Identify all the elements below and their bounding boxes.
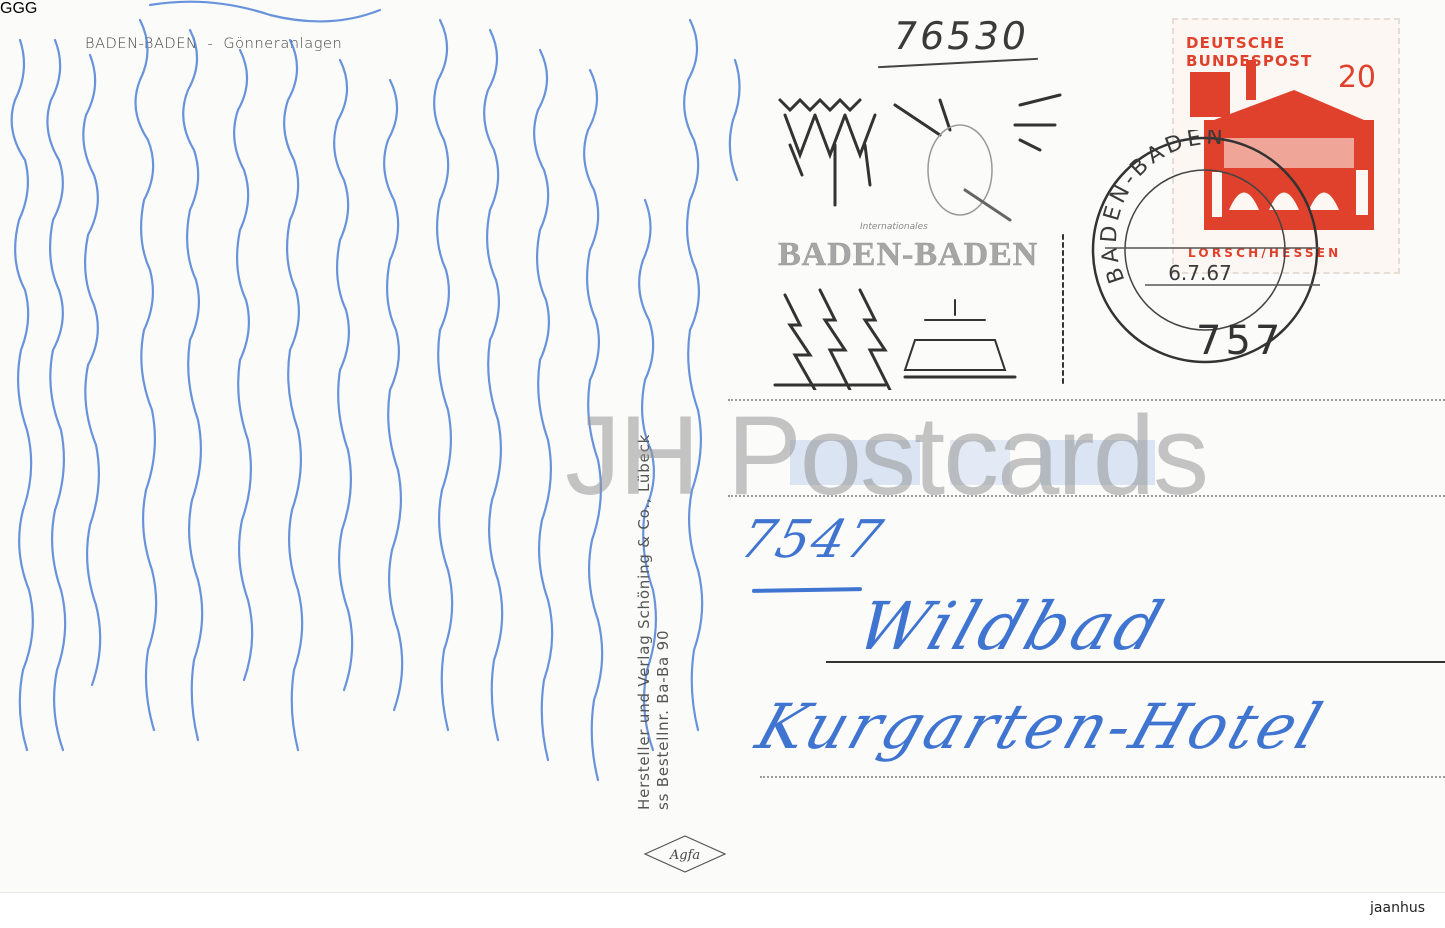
watermark: JH Postcards bbox=[565, 400, 1207, 512]
pencil-inventory-number: 76530 bbox=[889, 14, 1033, 58]
caption-subject: Gönneranlagen bbox=[223, 36, 342, 52]
svg-text:Agfa: Agfa bbox=[669, 848, 700, 863]
cancel-slogan: BADEN-BADEN bbox=[778, 236, 1038, 274]
caption-place: BADEN-BADEN bbox=[85, 36, 198, 52]
front-caption: BADEN-BADEN-Gönneranlagen bbox=[85, 36, 342, 52]
cancel-slogan-small: Internationales bbox=[860, 222, 928, 232]
footer-brand: jaanhus bbox=[1370, 900, 1425, 916]
postage-stamp: DEUTSCHE BUNDESPOST 20 LORSCH/HESSEN bbox=[1172, 18, 1400, 274]
postcard-back: BADEN-BADEN-Gönneranlagen Hersteller und… bbox=[0, 0, 1445, 892]
footer-band bbox=[0, 892, 1445, 928]
address-line-4 bbox=[760, 776, 1445, 778]
postmark-postcode: 757 bbox=[1196, 318, 1284, 364]
address-recipient: Kurgarten-Hotel bbox=[748, 690, 1333, 763]
postcode-underline bbox=[752, 587, 862, 593]
agfa-logo-icon: Agfa bbox=[640, 834, 730, 874]
caption-separator: - bbox=[208, 36, 214, 52]
pencil-underline bbox=[878, 58, 1038, 68]
address-postcode: 7547 bbox=[735, 510, 890, 570]
address-city: Wildbad bbox=[847, 588, 1175, 665]
lorsch-gatehouse-icon bbox=[1184, 60, 1384, 240]
stamp-caption: LORSCH/HESSEN bbox=[1188, 246, 1341, 260]
